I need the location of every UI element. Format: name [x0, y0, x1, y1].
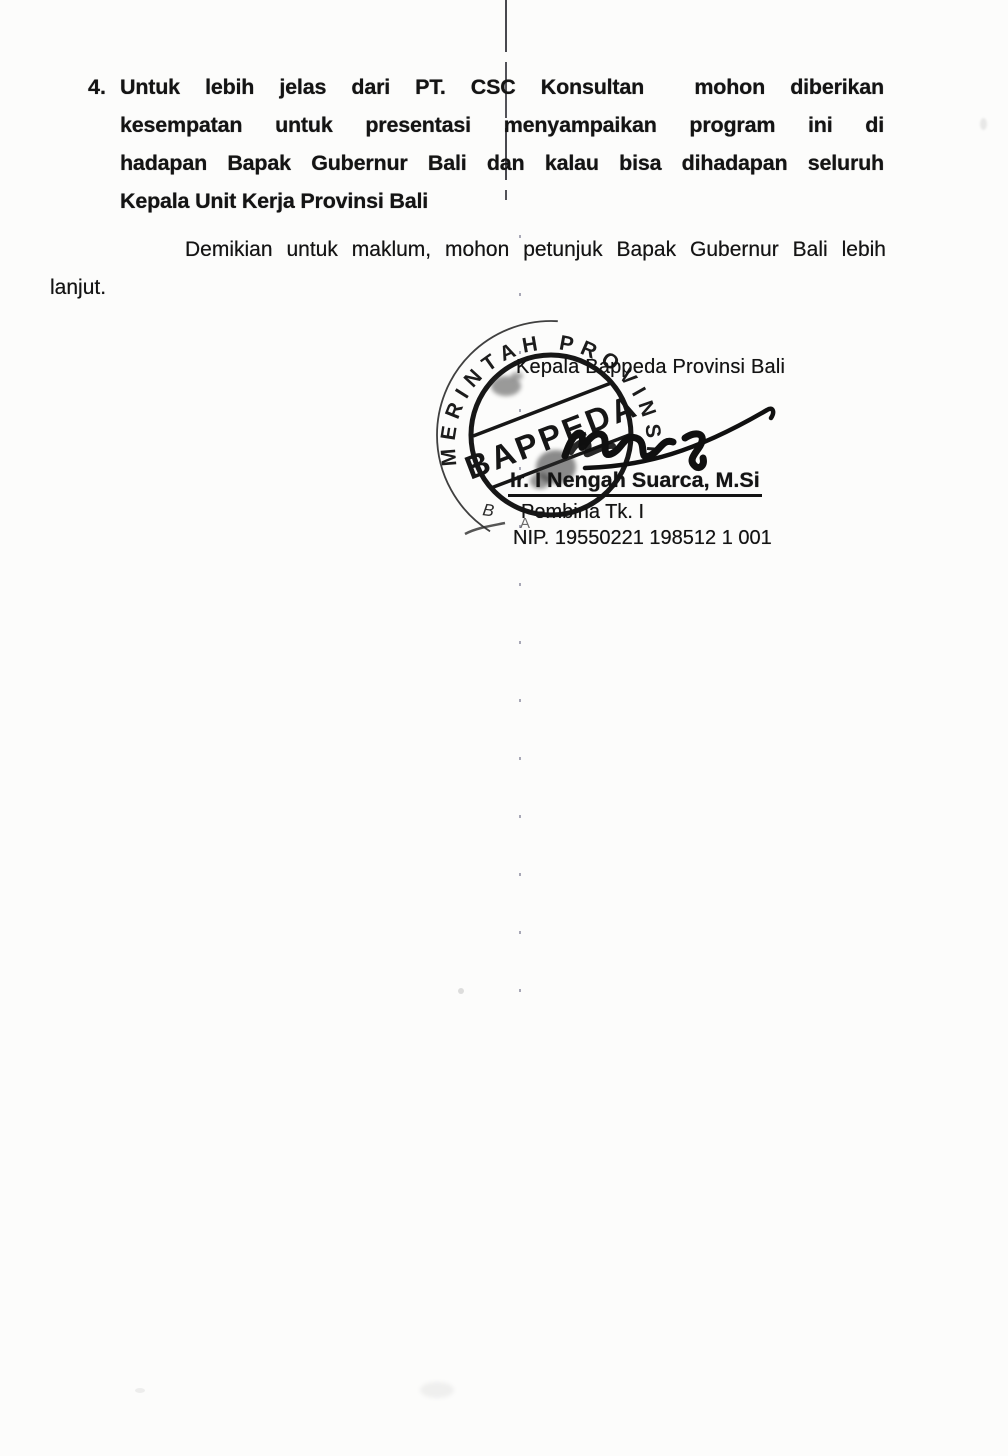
scan-speck: [458, 988, 464, 994]
closing-paragraph: Demikian untuk maklum, mohon petunjuk Ba…: [50, 231, 886, 307]
item4-line: hadapan Bapak Gubernur Bali dan kalau bi…: [120, 144, 884, 182]
scan-speck: [135, 1388, 145, 1393]
item4-line: Untuk lebih jelas dari PT. CSC Konsultan…: [120, 68, 884, 106]
signer-rank: Pembina Tk. I: [521, 501, 644, 524]
item4-number: 4.: [88, 68, 106, 106]
signer-nip: NIP. 19550221 198512 1 001: [513, 527, 772, 550]
signer-title: Kepala Bappeda Provinsi Bali: [516, 356, 785, 379]
stamp-bottom-letter: B: [481, 500, 495, 520]
item4-line: Kepala Unit Kerja Provinsi Bali: [120, 182, 884, 220]
closing-line: Demikian untuk maklum, mohon petunjuk Ba…: [50, 231, 886, 269]
item4-paragraph: Untuk lebih jelas dari PT. CSC Konsultan…: [120, 68, 884, 220]
closing-line: lanjut.: [50, 269, 886, 307]
signature-stroke: [585, 409, 773, 468]
letter-page: 4. Untuk lebih jelas dari PT. CSC Konsul…: [0, 0, 1008, 1456]
signature-scribble: [545, 396, 780, 484]
item4-line: kesempatan untuk presentasi menyampaikan…: [120, 106, 884, 144]
scan-speck: [980, 118, 987, 130]
scan-speck: [420, 1382, 454, 1398]
